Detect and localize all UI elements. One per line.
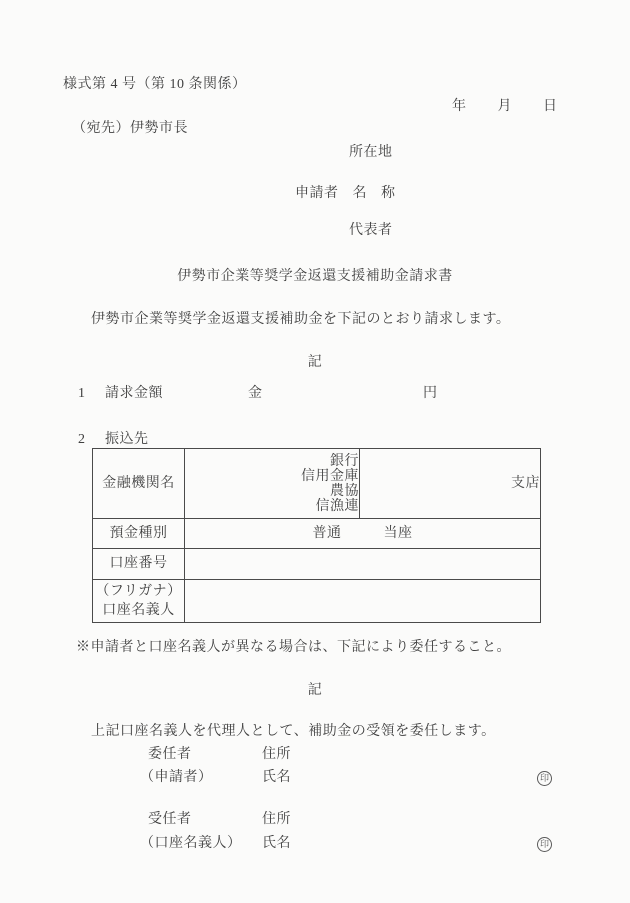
delegator-role-label: 委任者	[148, 748, 192, 762]
delegatee-address-label: 住所	[262, 813, 291, 827]
request-statement: 伊勢市企業等奨学金返還支援補助金を下記のとおり請求します。	[91, 313, 510, 327]
delegator-name-label: 氏名	[262, 771, 291, 785]
section-mark-2: 記	[0, 684, 630, 698]
addressee: （宛先）伊勢市長	[72, 122, 188, 136]
date-day-label: 日	[543, 100, 558, 114]
representative-label: 代表者	[349, 224, 393, 238]
name-label-2: 称	[381, 187, 396, 201]
account-number-label-cell: 口座番号	[93, 549, 185, 580]
holder-furigana-label: （フリガナ）	[93, 582, 184, 601]
delegation-statement: 上記口座名義人を代理人として、補助金の受領を委任します。	[91, 725, 496, 739]
table-row-institution: 金融機関名 銀行 信用金庫 農協 信漁連 支店	[93, 449, 541, 519]
applicant-label: 申請者	[295, 187, 339, 201]
applicant-address-label: 所在地	[349, 146, 393, 160]
delegatee-role-label: 受任者	[148, 813, 192, 827]
table-row-account-type: 預金種別 普通 当座	[93, 519, 541, 549]
name-label-1: 名	[353, 187, 368, 201]
bank-type-bank: 銀行	[185, 454, 359, 469]
holder-label: 口座名義人	[93, 601, 184, 620]
delegator-seal-mark: 印	[537, 771, 552, 786]
account-type-label: 預金種別	[110, 526, 168, 541]
institution-input-area: 銀行 信用金庫 農協 信漁連	[185, 449, 360, 519]
holder-label-cell: （フリガナ） 口座名義人	[93, 580, 185, 623]
document-page: 様式第 4 号（第 10 条関係） 年 月 日 （宛先）伊勢市長 所在地 申請者…	[0, 0, 630, 903]
document-title: 伊勢市企業等奨学金返還支援補助金請求書	[0, 270, 630, 284]
date-month-label: 月	[498, 100, 513, 114]
amount-suffix: 円	[423, 387, 438, 401]
date-line: 年 月 日	[452, 100, 558, 114]
institution-label: 金融機関名	[102, 476, 175, 491]
table-row-account-number: 口座番号	[93, 549, 541, 580]
item2-label: 振込先	[105, 433, 149, 447]
bank-type-shinkin: 信用金庫	[185, 469, 359, 484]
table-row-holder: （フリガナ） 口座名義人	[93, 580, 541, 623]
form-number: 様式第 4 号（第 10 条関係）	[63, 78, 247, 92]
applicant-name-line: 申請者 名 称	[295, 187, 396, 201]
delegatee-name-label: 氏名	[262, 837, 291, 851]
account-type-options-cell: 普通 当座	[185, 519, 541, 549]
amount-prefix: 金	[248, 387, 263, 401]
item1-label: 請求金額	[105, 387, 163, 401]
item2-number: 2	[78, 433, 86, 447]
account-type-checking: 当座	[384, 527, 413, 541]
delegatee-seal-mark: 印	[537, 837, 552, 852]
account-type-ordinary: 普通	[313, 527, 342, 541]
account-type-label-cell: 預金種別	[93, 519, 185, 549]
section-mark-1: 記	[0, 356, 630, 370]
bank-type-nokyo: 農協	[185, 484, 359, 499]
bank-transfer-table: 金融機関名 銀行 信用金庫 農協 信漁連 支店 預金種別 普通 当座	[92, 448, 541, 623]
branch-label: 支店	[511, 476, 540, 491]
account-number-input-area	[185, 549, 541, 580]
bank-type-shingyoren: 信漁連	[185, 499, 359, 514]
delegator-address-label: 住所	[262, 748, 291, 762]
delegation-note: ※申請者と口座名義人が異なる場合は、下記により委任すること。	[76, 641, 511, 655]
account-number-label: 口座番号	[110, 556, 168, 571]
branch-input-area: 支店	[360, 449, 541, 519]
delegatee-role-sub-label: （口座名義人）	[140, 837, 242, 851]
item1-number: 1	[78, 387, 86, 401]
holder-input-area	[185, 580, 541, 623]
date-year-label: 年	[452, 100, 467, 114]
delegator-role-sub-label: （申請者）	[140, 771, 213, 785]
institution-label-cell: 金融機関名	[93, 449, 185, 519]
